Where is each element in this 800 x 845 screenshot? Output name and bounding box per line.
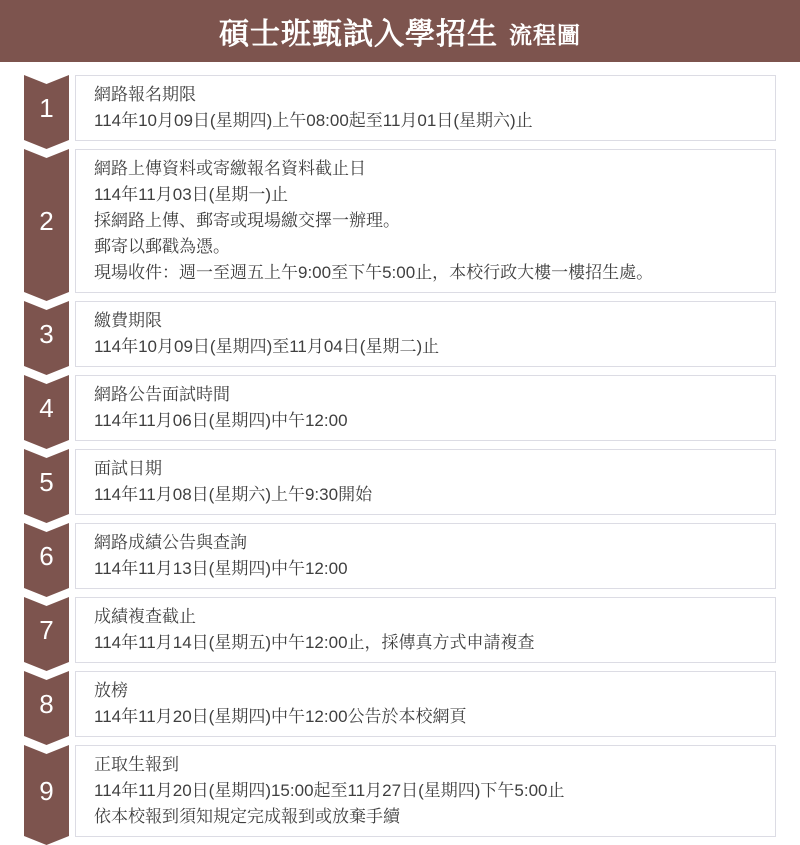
step-title: 網路公告面試時間: [94, 382, 757, 408]
step-box: 正取生報到114年11月20日(星期四)15:00起至11月27日(星期四)下午…: [75, 745, 776, 837]
step-number: 3: [24, 321, 69, 347]
step-title: 正取生報到: [94, 752, 757, 778]
step-badge: 9: [24, 745, 69, 837]
step-box: 網路報名期限114年10月09日(星期四)上午08:00起至11月01日(星期六…: [75, 75, 776, 141]
step-title: 網路報名期限: [94, 82, 757, 108]
step-row: 7 成績複查截止114年11月14日(星期五)中午12:00止，採傳真方式申請複…: [24, 597, 776, 663]
step-row: 6 網路成績公告與查詢114年11月13日(星期四)中午12:00: [24, 523, 776, 589]
step-number: 9: [24, 778, 69, 804]
step-box: 面試日期114年11月08日(星期六)上午9:30開始: [75, 449, 776, 515]
step-row: 4 網路公告面試時間114年11月06日(星期四)中午12:00: [24, 375, 776, 441]
step-detail: 採網路上傳、郵寄或現場繳交擇一辦理。: [94, 208, 757, 234]
step-detail: 依本校報到須知規定完成報到或放棄手續: [94, 804, 757, 830]
step-number: 1: [24, 95, 69, 121]
step-title: 放榜: [94, 678, 757, 704]
step-badge: 5: [24, 449, 69, 515]
step-detail: 114年10月09日(星期四)上午08:00起至11月01日(星期六)止: [94, 108, 757, 134]
step-badge: 4: [24, 375, 69, 441]
step-detail: 114年11月20日(星期四)中午12:00公告於本校網頁: [94, 704, 757, 730]
page-subtitle: 流程圖: [509, 17, 581, 50]
step-row: 8 放榜114年11月20日(星期四)中午12:00公告於本校網頁: [24, 671, 776, 737]
step-title: 網路成績公告與查詢: [94, 530, 757, 556]
step-box: 放榜114年11月20日(星期四)中午12:00公告於本校網頁: [75, 671, 776, 737]
step-box: 繳費期限114年10月09日(星期四)至11月04日(星期二)止: [75, 301, 776, 367]
step-title: 網路上傳資料或寄繳報名資料截止日: [94, 156, 757, 182]
step-detail: 114年11月06日(星期四)中午12:00: [94, 408, 757, 434]
step-detail: 114年11月20日(星期四)15:00起至11月27日(星期四)下午5:00止: [94, 778, 757, 804]
step-badge: 3: [24, 301, 69, 367]
step-box: 網路成績公告與查詢114年11月13日(星期四)中午12:00: [75, 523, 776, 589]
step-number: 4: [24, 395, 69, 421]
step-badge: 6: [24, 523, 69, 589]
step-row: 1 網路報名期限114年10月09日(星期四)上午08:00起至11月01日(星…: [24, 75, 776, 141]
steps-list: 1 網路報名期限114年10月09日(星期四)上午08:00起至11月01日(星…: [24, 75, 776, 837]
step-row: 5 面試日期114年11月08日(星期六)上午9:30開始: [24, 449, 776, 515]
step-detail: 114年11月14日(星期五)中午12:00止，採傳真方式申請複查: [94, 630, 757, 656]
step-detail: 114年11月03日(星期一)止: [94, 182, 757, 208]
step-number: 6: [24, 543, 69, 569]
step-title: 繳費期限: [94, 308, 757, 334]
step-detail: 114年11月08日(星期六)上午9:30開始: [94, 482, 757, 508]
step-badge: 2: [24, 149, 69, 293]
step-row: 9 正取生報到114年11月20日(星期四)15:00起至11月27日(星期四)…: [24, 745, 776, 837]
step-title: 成績複查截止: [94, 604, 757, 630]
step-badge: 8: [24, 671, 69, 737]
step-detail: 郵寄以郵戳為憑。: [94, 234, 757, 260]
step-box: 網路公告面試時間114年11月06日(星期四)中午12:00: [75, 375, 776, 441]
step-number: 2: [24, 208, 69, 234]
step-badge: 7: [24, 597, 69, 663]
step-row: 3 繳費期限114年10月09日(星期四)至11月04日(星期二)止: [24, 301, 776, 367]
step-badge: 1: [24, 75, 69, 141]
step-detail: 現場收件：週一至週五上午9:00至下午5:00止，本校行政大樓一樓招生處。: [94, 260, 757, 286]
step-number: 5: [24, 469, 69, 495]
step-number: 7: [24, 617, 69, 643]
step-box: 網路上傳資料或寄繳報名資料截止日114年11月03日(星期一)止採網路上傳、郵寄…: [75, 149, 776, 293]
step-title: 面試日期: [94, 456, 757, 482]
page-title: 碩士班甄試入學招生: [219, 9, 498, 53]
step-detail: 114年10月09日(星期四)至11月04日(星期二)止: [94, 334, 757, 360]
step-detail: 114年11月13日(星期四)中午12:00: [94, 556, 757, 582]
step-row: 2 網路上傳資料或寄繳報名資料截止日114年11月03日(星期一)止採網路上傳、…: [24, 149, 776, 293]
step-box: 成績複查截止114年11月14日(星期五)中午12:00止，採傳真方式申請複查: [75, 597, 776, 663]
page-header: 碩士班甄試入學招生 流程圖: [0, 0, 800, 62]
step-number: 8: [24, 691, 69, 717]
